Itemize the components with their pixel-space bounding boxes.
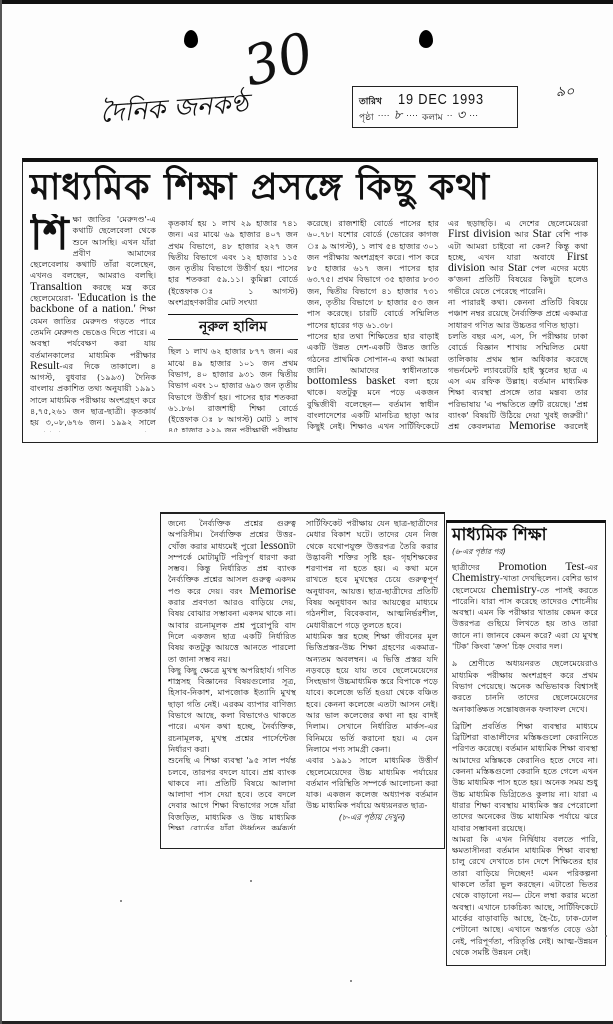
drop-cap: শি xyxy=(30,216,69,254)
scan-speck xyxy=(60,330,62,332)
article-column-2: কৃতকার্য হয় ১ লাখ ২৯ হাজার ৭৪১ জন। এর ম… xyxy=(168,218,298,432)
stamp-column-label: কলাম xyxy=(422,110,443,127)
stamp-date-label: তারিখ xyxy=(359,94,382,109)
scan-speck xyxy=(250,880,252,882)
article-column-6: সার্টিফিকেট পরীক্ষায় যেন ছাত্র-ছাত্রীদে… xyxy=(306,518,438,840)
handwritten-corner-mark: ৯০ xyxy=(556,80,574,104)
page-edge-top xyxy=(0,0,613,4)
sidebar-subtitle: (৬-এর পৃষ্ঠার পর) xyxy=(452,547,506,559)
stamp-page-label: পৃষ্ঠা xyxy=(359,110,374,127)
punch-hole-right xyxy=(419,30,433,48)
article-column-1: শি ক্ষা জাতির 'মেরুদণ্ড'-এ কথাটি ছেলেবেল… xyxy=(30,214,156,432)
article-column-4: এর ছড়াছড়ি। এ দেশের ছেলেমেয়েরা First d… xyxy=(448,218,588,432)
punch-hole-left xyxy=(184,30,198,48)
page-edge-left xyxy=(0,0,2,1024)
article-headline: মাধ্যমিক শিক্ষা প্রসঙ্গে কিছু কথা xyxy=(30,160,590,220)
author-byline: নূরুল হালিম xyxy=(168,314,298,340)
stamp-date: 19 DEC 1993 xyxy=(398,91,484,108)
sidebar-title: মাধ্যমিক শিক্ষা xyxy=(452,522,547,550)
date-stamp: তারিখ 19 DEC 1993 পৃষ্ঠা ···· ৮ ···· কলা… xyxy=(352,86,518,128)
article-column-5: জন্যে নৈর্ব্যক্তিক প্রশ্নের গুরুত্ব অপরি… xyxy=(168,518,296,830)
scan-speck xyxy=(350,980,352,982)
scan-speck xyxy=(120,900,122,902)
handwritten-number: 30 xyxy=(237,20,320,99)
sidebar-column: ছাত্রীদের Promotion Test-এর Chemistry-খা… xyxy=(452,562,598,958)
stamp-page-value: ৮ xyxy=(394,106,402,127)
scan-speck xyxy=(605,935,607,937)
continued-on-note: (৮-এর পৃষ্ঠায় দেখুন) xyxy=(306,812,438,823)
stamp-column-value: ৩ xyxy=(457,106,465,127)
handwritten-paper-name: দৈনিক জনকণ্ঠ xyxy=(99,83,250,137)
article-column-3: করেছে। রাজশাহী বোর্ডে পাসের হার ৬০.৭৮। য… xyxy=(307,218,439,432)
